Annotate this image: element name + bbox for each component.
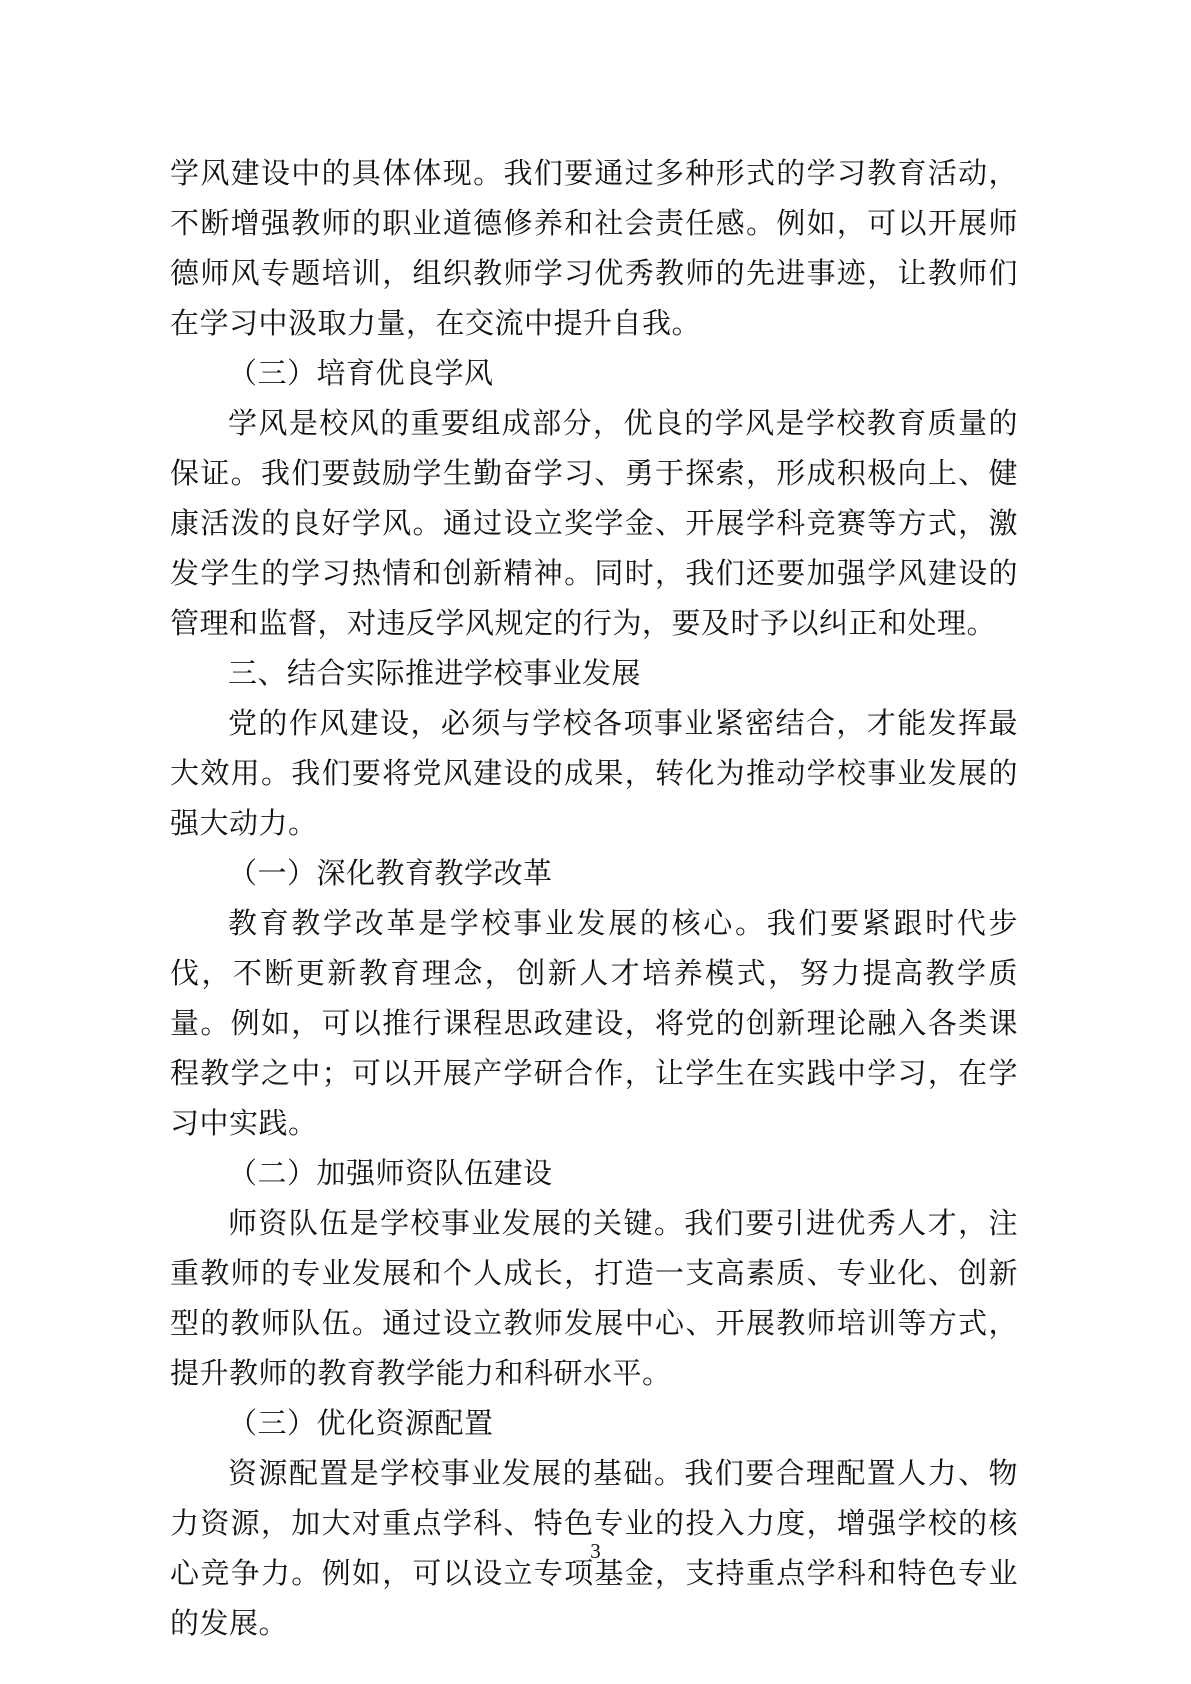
page-number: 3 [590,1539,601,1563]
document-page: 学风建设中的具体体现。我们要通过多种形式的学习教育活动，不断增强教师的职业道德修… [0,0,1191,1684]
body-paragraph-party-workstyle: 党的作风建设，必须与学校各项事业紧密结合，才能发挥最大效用。我们要将党风建设的成… [170,699,1018,849]
subheading-teacher-team: （二）加强师资队伍建设 [170,1149,1018,1199]
subheading-resource-allocation: （三）优化资源配置 [170,1399,1018,1449]
body-paragraph-teacher-ethics: 学风建设中的具体体现。我们要通过多种形式的学习教育活动，不断增强教师的职业道德修… [170,149,1018,349]
document-body: 学风建设中的具体体现。我们要通过多种形式的学习教育活动，不断增强教师的职业道德修… [170,149,1018,1649]
body-paragraph-teacher-team: 师资队伍是学校事业发展的关键。我们要引进优秀人才，注重教师的专业发展和个人成长，… [170,1199,1018,1399]
page-footer: 3 [0,1536,1191,1566]
subheading-education-reform: （一）深化教育教学改革 [170,849,1018,899]
subheading-cultivate-study-style: （三）培育优良学风 [170,349,1018,399]
section-heading-school-development: 三、结合实际推进学校事业发展 [170,649,1018,699]
body-paragraph-education-reform: 教育教学改革是学校事业发展的核心。我们要紧跟时代步伐，不断更新教育理念，创新人才… [170,899,1018,1149]
body-paragraph-study-style: 学风是校风的重要组成部分，优良的学风是学校教育质量的保证。我们要鼓励学生勤奋学习… [170,399,1018,649]
